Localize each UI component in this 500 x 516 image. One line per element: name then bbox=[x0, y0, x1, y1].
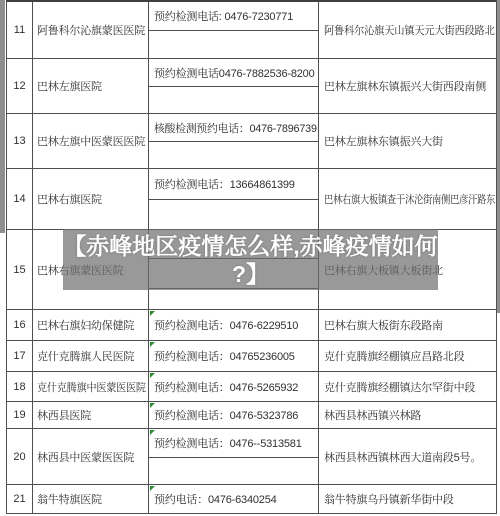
phone-text: 预约检测电话: 0476-7230771 bbox=[154, 8, 293, 24]
hospital-name-cell: 阿鲁科尔沁旗蒙医医院 bbox=[32, 2, 148, 58]
address-cell: 巴林右旗大板镇查干沐沦街南侧巴彦汗路东 bbox=[318, 169, 496, 229]
address-cell: 翁牛特旗乌丹镇新华街中段 bbox=[318, 485, 496, 513]
address-cell: 林西县林西镇兴林路 bbox=[318, 402, 496, 428]
watermark-line1: 【赤峰地区疫情怎么样,赤峰疫情如何 bbox=[63, 232, 437, 260]
hospital-name-cell: 克什克腾旗中医蒙医医院 bbox=[32, 372, 148, 401]
phone-subcell: 预约电话：0476-6340254 bbox=[149, 485, 318, 513]
hospital-name: 林西县医院 bbox=[37, 407, 91, 423]
phone-text: 预约检测电话：0476-6229510 bbox=[154, 317, 298, 333]
phone-text: 预约检测电话：0476-5323786 bbox=[154, 407, 298, 423]
row-number-cell: 12 bbox=[7, 59, 32, 113]
row-number-cell: 15 bbox=[7, 230, 32, 309]
row-number-cell: 17 bbox=[7, 341, 32, 371]
hospital-name: 巴林右旗妇幼保健院 bbox=[37, 317, 134, 333]
table-row: 14巴林右旗医院预约检测电话：13664861399巴林右旗大板镇查干沐沦街南侧… bbox=[7, 168, 496, 229]
green-corner-marker-icon bbox=[150, 486, 155, 491]
hospital-name: 林西县中医蒙医医院 bbox=[37, 449, 134, 465]
table-row: 21翁牛特旗医院预约电话：0476-6340254翁牛特旗乌丹镇新华街中段 bbox=[7, 484, 496, 513]
phone-cell: 预约电话：0476-6340254 bbox=[148, 485, 318, 513]
hospital-name: 阿鲁科尔沁旗蒙医医院 bbox=[37, 22, 145, 38]
address-cell: 克什克腾旗经棚镇达尔罕街中段 bbox=[318, 372, 496, 401]
phone-subcell: 核酸检测预约电话：0476-7896739 bbox=[149, 114, 318, 141]
watermark-overlay: 【赤峰地区疫情怎么样,赤峰疫情如何 ?】 bbox=[63, 229, 438, 290]
row-number-cell: 21 bbox=[7, 485, 32, 513]
table-row: 19林西县医院预约检测电话：0476-5323786林西县林西镇兴林路 bbox=[7, 401, 496, 428]
hospital-name-cell: 林西县医院 bbox=[32, 402, 148, 428]
green-corner-marker-icon bbox=[150, 403, 155, 408]
address-text: 阿鲁科尔沁旗天山镇天元大街西段路北 bbox=[324, 22, 495, 38]
phone-text: 预约检测电话0476-7882536-8200 bbox=[154, 65, 315, 81]
phone-text: 预约检测电话：04765236005 bbox=[154, 348, 295, 364]
phone-cell: 预约检测电话：13664861399 bbox=[148, 169, 318, 229]
hospital-name-cell: 克什克腾旗人民医院 bbox=[32, 341, 148, 371]
phone-cell: 预约检测电话：04765236005 bbox=[148, 341, 318, 371]
phone-subcell: 预约检测电话：0476-5265932 bbox=[149, 372, 318, 401]
address-cell: 巴林左旗林东镇振兴大街 bbox=[318, 114, 496, 168]
phone-text: 预约电话：0476-6340254 bbox=[154, 491, 277, 507]
green-corner-marker-icon bbox=[150, 373, 155, 378]
phone-subcell bbox=[149, 288, 318, 309]
green-corner-marker-icon bbox=[150, 430, 155, 435]
address-cell: 阿鲁科尔沁旗天山镇天元大街西段路北 bbox=[318, 2, 496, 58]
phone-cell: 预约检测电话：0476-6229510 bbox=[148, 310, 318, 340]
phone-cell: 预约检测电话：0476--5313581 bbox=[148, 429, 318, 484]
address-text: 翁牛特旗乌丹镇新华街中段 bbox=[324, 491, 454, 507]
address-cell: 克什克腾旗经棚镇应昌路北段 bbox=[318, 341, 496, 371]
address-text: 巴林右旗大板街东段路南 bbox=[324, 317, 443, 333]
phone-text: 预约检测电话：0476-5265932 bbox=[154, 379, 298, 395]
address-cell: 巴林右旗大板街东段路南 bbox=[318, 310, 496, 340]
screenshot-root: 11阿鲁科尔沁旗蒙医医院预约检测电话: 0476-7230771阿鲁科尔沁旗天山… bbox=[0, 0, 500, 516]
hospital-name-cell: 巴林右旗医院 bbox=[32, 169, 148, 229]
hospital-name-cell: 翁牛特旗医院 bbox=[32, 485, 148, 513]
phone-subcell bbox=[149, 457, 318, 485]
phone-subcell: 预约检测电话：0476-5323786 bbox=[149, 402, 318, 428]
phone-cell: 预约检测电话: 0476-7230771 bbox=[148, 2, 318, 58]
address-text: 克什克腾旗经棚镇应昌路北段 bbox=[324, 348, 464, 364]
phone-subcell bbox=[149, 141, 318, 168]
row-number-cell: 11 bbox=[7, 2, 32, 58]
row-number-cell: 20 bbox=[7, 429, 32, 484]
row-number-cell: 13 bbox=[7, 114, 32, 168]
phone-cell: 预约检测电话0476-7882536-8200 bbox=[148, 59, 318, 113]
table-row: 20林西县中医蒙医医院预约检测电话：0476--5313581林西县林西镇林西大… bbox=[7, 428, 496, 484]
address-text: 巴林左旗林东镇振兴大街 bbox=[324, 133, 443, 149]
phone-subcell: 预约检测电话：0476-6229510 bbox=[149, 310, 318, 340]
table-row: 12巴林左旗医院预约检测电话0476-7882536-8200巴林左旗林东镇振兴… bbox=[7, 58, 496, 113]
address-text: 克什克腾旗经棚镇达尔罕街中段 bbox=[324, 379, 475, 395]
hospital-name: 克什克腾旗中医蒙医医院 bbox=[37, 379, 146, 395]
address-text: 林西县林西镇林西大道南段5号。 bbox=[324, 449, 481, 465]
table-row: 17克什克腾旗人民医院预约检测电话：04765236005克什克腾旗经棚镇应昌路… bbox=[7, 340, 496, 371]
phone-cell: 预约检测电话：0476-5265932 bbox=[148, 372, 318, 401]
address-text: 巴林左旗林东镇振兴大街西段南侧 bbox=[324, 78, 486, 94]
row-number-cell: 16 bbox=[7, 310, 32, 340]
table-row: 11阿鲁科尔沁旗蒙医医院预约检测电话: 0476-7230771阿鲁科尔沁旗天山… bbox=[7, 2, 496, 58]
address-cell: 巴林左旗林东镇振兴大街西段南侧 bbox=[318, 59, 496, 113]
watermark-line2: ?】 bbox=[232, 260, 269, 288]
phone-subcell: 预约检测电话: 0476-7230771 bbox=[149, 2, 318, 30]
hospital-name-cell: 巴林右旗妇幼保健院 bbox=[32, 310, 148, 340]
page-edge-left bbox=[0, 0, 5, 233]
phone-text: 预约检测电话：13664861399 bbox=[154, 176, 295, 192]
row-number-cell: 18 bbox=[7, 372, 32, 401]
table-row: 16巴林右旗妇幼保健院预约检测电话：0476-6229510巴林右旗大板街东段路… bbox=[7, 309, 496, 340]
phone-subcell: 预约检测电话：13664861399 bbox=[149, 169, 318, 199]
table-row: 18克什克腾旗中医蒙医医院预约检测电话：0476-5265932克什克腾旗经棚镇… bbox=[7, 371, 496, 401]
phone-subcell bbox=[149, 199, 318, 229]
hospital-name: 克什克腾旗人民医院 bbox=[37, 348, 134, 364]
hospital-name-cell: 林西县中医蒙医医院 bbox=[32, 429, 148, 484]
phone-subcell bbox=[149, 30, 318, 58]
row-number-cell: 19 bbox=[7, 402, 32, 428]
row-number-cell: 14 bbox=[7, 169, 32, 229]
address-text: 林西县林西镇兴林路 bbox=[324, 407, 421, 423]
phone-cell: 预约检测电话：0476-5323786 bbox=[148, 402, 318, 428]
hospital-name: 翁牛特旗医院 bbox=[37, 491, 102, 507]
hospital-name: 巴林右旗医院 bbox=[37, 191, 102, 207]
green-corner-marker-icon bbox=[150, 342, 155, 347]
green-corner-marker-icon bbox=[150, 311, 155, 316]
address-cell: 林西县林西镇林西大道南段5号。 bbox=[318, 429, 496, 484]
table-row: 13巴林左旗中医蒙医医院核酸检测预约电话：0476-7896739巴林左旗林东镇… bbox=[7, 113, 496, 168]
phone-cell: 核酸检测预约电话：0476-7896739 bbox=[148, 114, 318, 168]
phone-subcell: 预约检测电话：0476--5313581 bbox=[149, 429, 318, 457]
hospital-name-cell: 巴林左旗医院 bbox=[32, 59, 148, 113]
hospital-name: 巴林左旗医院 bbox=[37, 78, 102, 94]
hospital-name-cell: 巴林左旗中医蒙医医院 bbox=[32, 114, 148, 168]
address-text: 巴林右旗大板镇查干沐沦街南侧巴彦汗路东 bbox=[324, 191, 495, 207]
phone-text: 核酸检测预约电话：0476-7896739 bbox=[154, 120, 317, 136]
phone-subcell: 预约检测电话0476-7882536-8200 bbox=[149, 59, 318, 86]
phone-subcell: 预约检测电话：04765236005 bbox=[149, 341, 318, 371]
phone-text: 预约检测电话：0476--5313581 bbox=[154, 435, 302, 451]
hospital-name: 巴林左旗中医蒙医医院 bbox=[37, 133, 145, 149]
phone-subcell bbox=[149, 86, 318, 113]
